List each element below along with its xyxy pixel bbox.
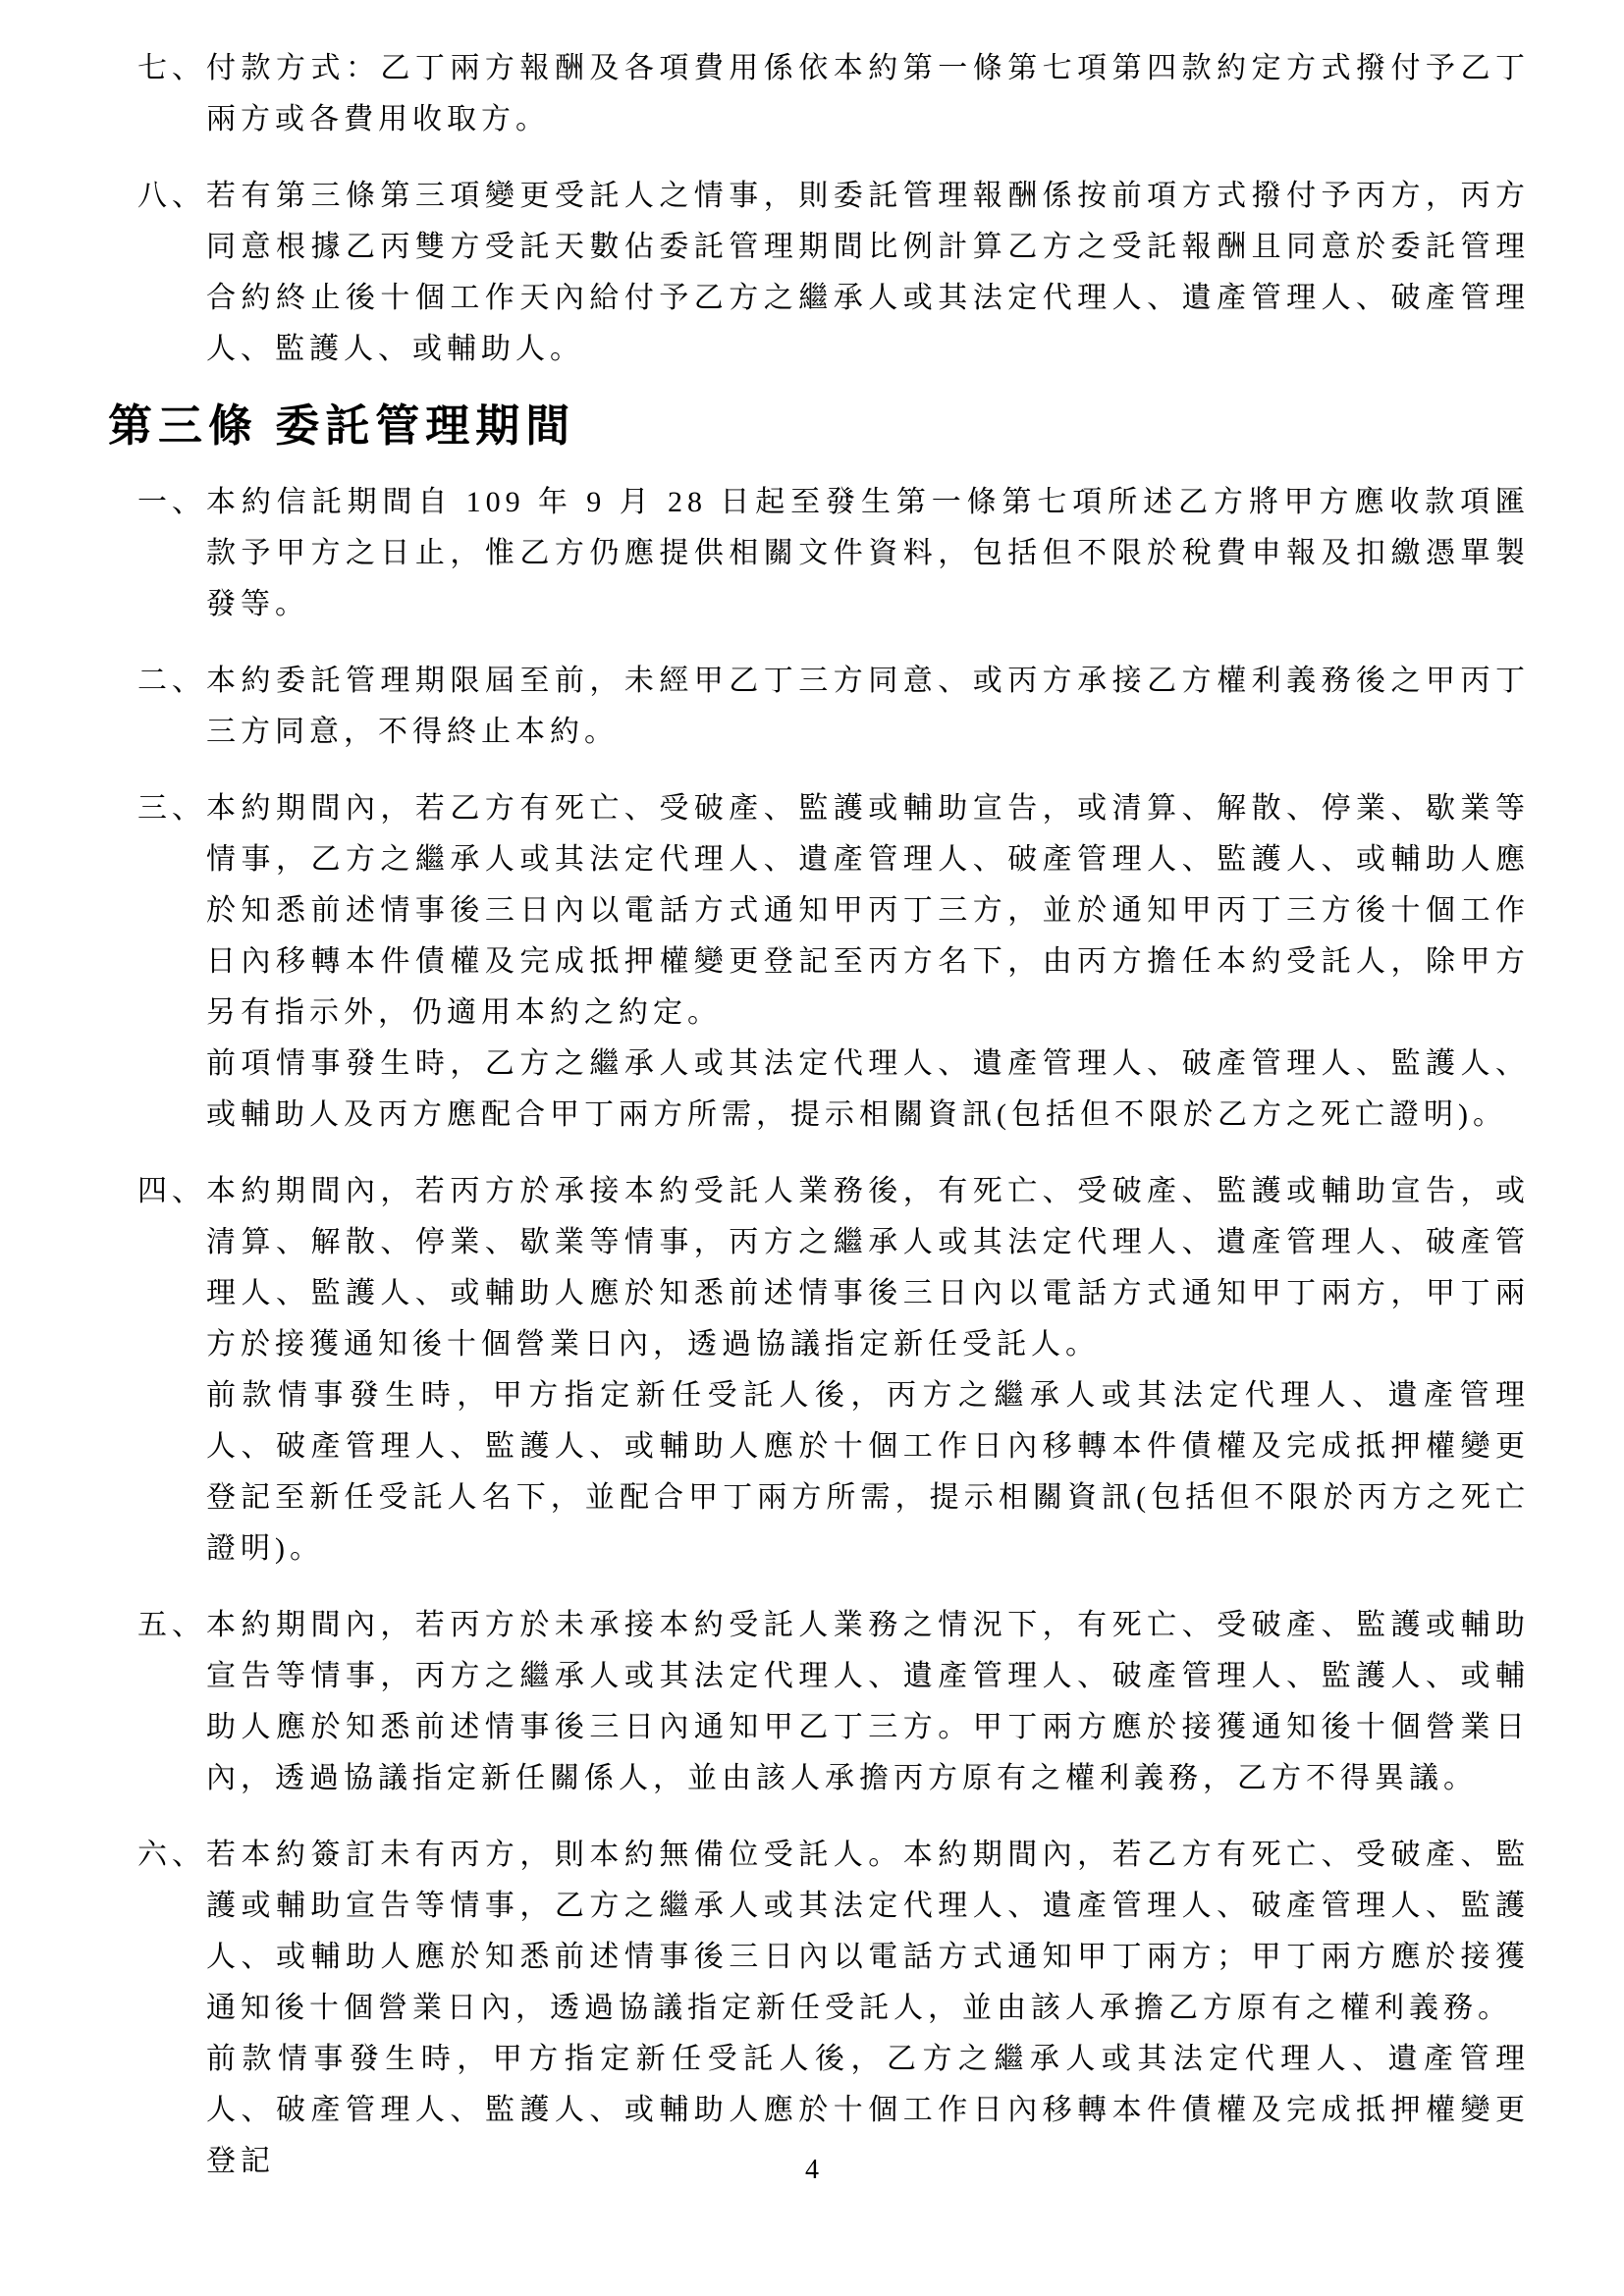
clause-7-body: 付款方式：乙丁兩方報酬及各項費用係依本約第一條第七項第四款約定方式撥付予乙丁兩方… [206, 43, 1530, 145]
clause-7: 七、 付款方式：乙丁兩方報酬及各項費用係依本約第一條第七項第四款約定方式撥付予乙… [137, 43, 1530, 145]
article-3-clause-4-paragraph-2: 前款情事發生時，甲方指定新任受託人後，丙方之繼承人或其法定代理人、遺產管理人、破… [206, 1370, 1530, 1575]
article-3-clause-3-paragraph-2: 前項情事發生時，乙方之繼承人或其法定代理人、遺產管理人、破產管理人、監護人、或輔… [206, 1039, 1530, 1141]
article-3-clause-1: 一、 本約信託期間自 109 年 9 月 28 日起至發生第一條第七項所述乙方將… [137, 477, 1530, 630]
article-3-heading: 第三條 委託管理期間 [108, 400, 1530, 452]
article-3-clause-5-body: 本約期間內，若丙方於未承接本約受託人業務之情況下，有死亡、受破產、監護或輔助宣告… [206, 1600, 1530, 1804]
article-3-clause-2-number: 二、 [137, 656, 206, 707]
article-3-clause-4-paragraph-1: 本約期間內，若丙方於承接本約受託人業務後，有死亡、受破產、監護或輔助宣告，或清算… [206, 1166, 1530, 1370]
page-content: 七、 付款方式：乙丁兩方報酬及各項費用係依本約第一條第七項第四款約定方式撥付予乙… [108, 43, 1530, 2213]
clause-7-number: 七、 [137, 43, 206, 94]
article-3-clause-4: 四、 本約期間內，若丙方於承接本約受託人業務後，有死亡、受破產、監護或輔助宣告，… [137, 1166, 1530, 1575]
article-3-clause-2-paragraph-1: 本約委託管理期限屆至前，未經甲乙丁三方同意、或丙方承接乙方權利義務後之甲丙丁三方… [206, 656, 1530, 758]
article-3-clause-2: 二、 本約委託管理期限屆至前，未經甲乙丁三方同意、或丙方承接乙方權利義務後之甲丙… [137, 656, 1530, 758]
article-3-clause-5: 五、 本約期間內，若丙方於未承接本約受託人業務之情況下，有死亡、受破產、監護或輔… [137, 1600, 1530, 1804]
article-3-clause-1-paragraph-1: 本約信託期間自 109 年 9 月 28 日起至發生第一條第七項所述乙方將甲方應… [206, 477, 1530, 630]
clause-8-body: 若有第三條第三項變更受託人之情事，則委託管理報酬係按前項方式撥付予丙方，丙方同意… [206, 171, 1530, 375]
article-3-clause-6: 六、 若本約簽訂未有丙方，則本約無備位受託人。本約期間內，若乙方有死亡、受破產、… [137, 1830, 1530, 2187]
article-3-clause-4-body: 本約期間內，若丙方於承接本約受託人業務後，有死亡、受破產、監護或輔助宣告，或清算… [206, 1166, 1530, 1575]
article-3-clause-3-number: 三、 [137, 783, 206, 834]
article-3-clause-1-number: 一、 [137, 477, 206, 528]
article-3-clause-4-number: 四、 [137, 1166, 206, 1217]
clause-8-paragraph-1: 若有第三條第三項變更受託人之情事，則委託管理報酬係按前項方式撥付予丙方，丙方同意… [206, 171, 1530, 375]
article-3-clause-5-paragraph-1: 本約期間內，若丙方於未承接本約受託人業務之情況下，有死亡、受破產、監護或輔助宣告… [206, 1600, 1530, 1804]
page-number: 4 [0, 2145, 1624, 2196]
article-3-clause-3: 三、 本約期間內，若乙方有死亡、受破產、監護或輔助宣告，或清算、解散、停業、歇業… [137, 783, 1530, 1141]
article-3-clause-6-body: 若本約簽訂未有丙方，則本約無備位受託人。本約期間內，若乙方有死亡、受破產、監護或… [206, 1830, 1530, 2187]
article-3-clause-1-body: 本約信託期間自 109 年 9 月 28 日起至發生第一條第七項所述乙方將甲方應… [206, 477, 1530, 630]
article-3-clause-6-paragraph-1: 若本約簽訂未有丙方，則本約無備位受託人。本約期間內，若乙方有死亡、受破產、監護或… [206, 1830, 1530, 2034]
clause-7-paragraph-1: 付款方式：乙丁兩方報酬及各項費用係依本約第一條第七項第四款約定方式撥付予乙丁兩方… [206, 43, 1530, 145]
contract-page: 七、 付款方式：乙丁兩方報酬及各項費用係依本約第一條第七項第四款約定方式撥付予乙… [0, 0, 1624, 2296]
article-3-clause-5-number: 五、 [137, 1600, 206, 1651]
clause-8-number: 八、 [137, 171, 206, 222]
article-3-clause-6-number: 六、 [137, 1830, 206, 1881]
article-3-clause-3-body: 本約期間內，若乙方有死亡、受破產、監護或輔助宣告，或清算、解散、停業、歇業等情事… [206, 783, 1530, 1141]
article-3-clause-3-paragraph-1: 本約期間內，若乙方有死亡、受破產、監護或輔助宣告，或清算、解散、停業、歇業等情事… [206, 783, 1530, 1039]
clause-8: 八、 若有第三條第三項變更受託人之情事，則委託管理報酬係按前項方式撥付予丙方，丙… [137, 171, 1530, 375]
article-3-clause-2-body: 本約委託管理期限屆至前，未經甲乙丁三方同意、或丙方承接乙方權利義務後之甲丙丁三方… [206, 656, 1530, 758]
